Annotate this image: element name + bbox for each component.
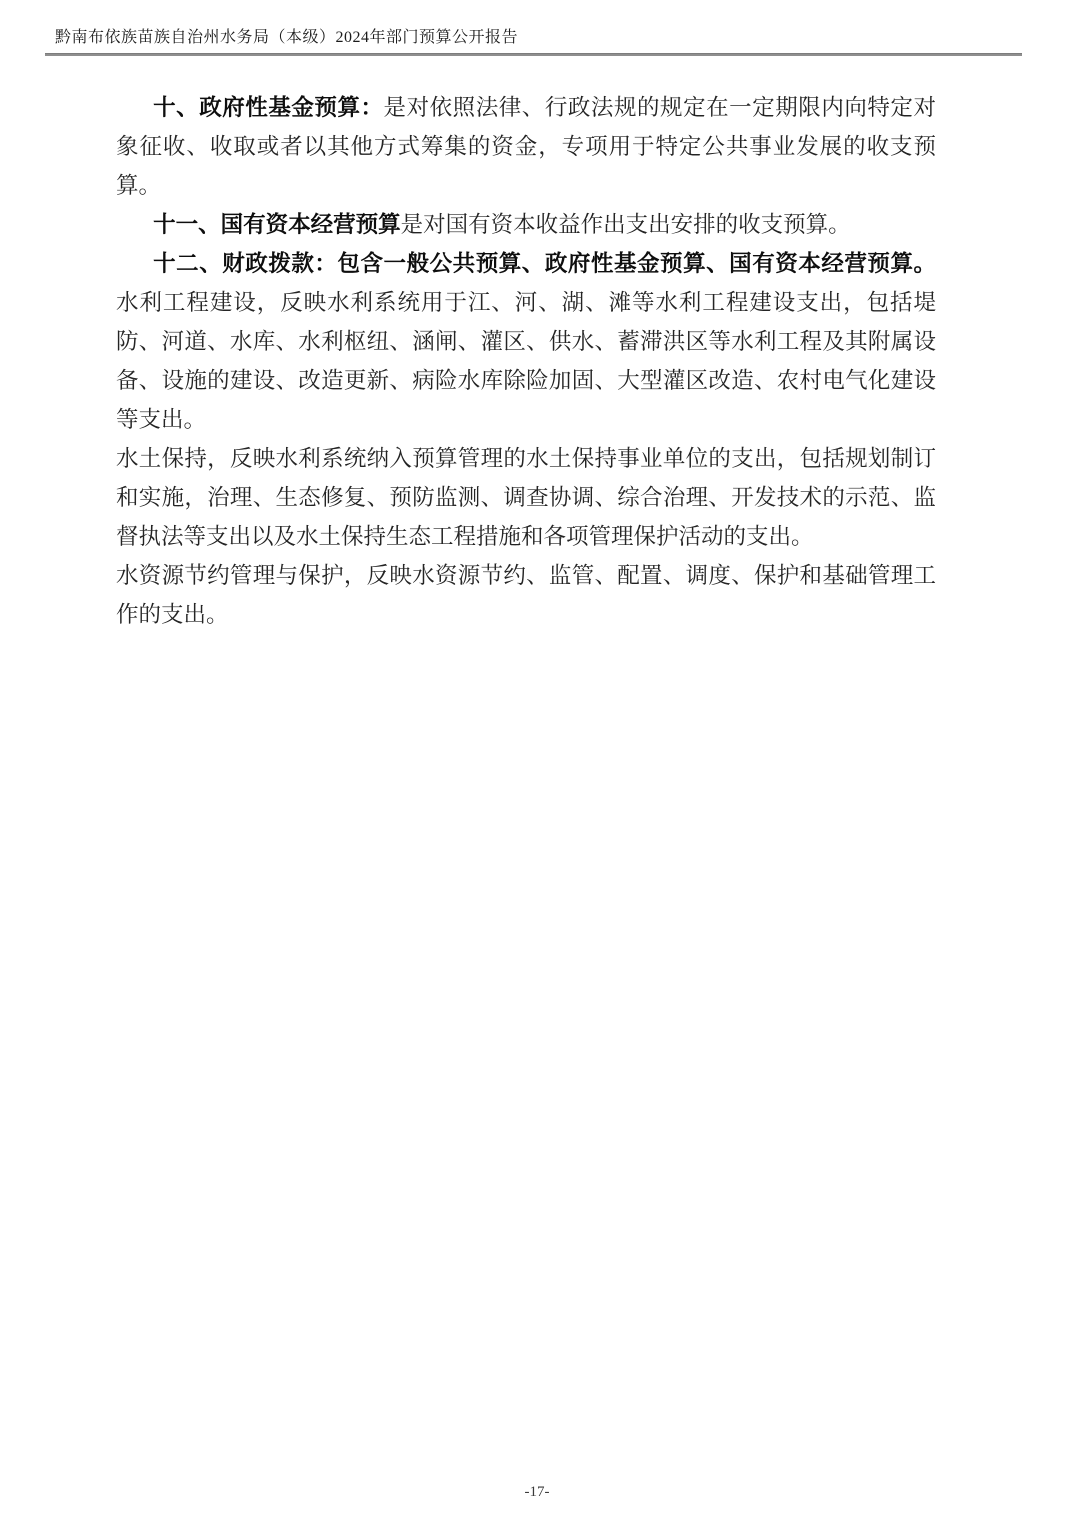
- page-footer: -17-: [0, 1484, 1074, 1501]
- page-number: -17-: [525, 1484, 550, 1500]
- paragraph-text: 水土保持，反映水利系统纳入预算管理的水土保持事业单位的支出，包括规划制订和实施，…: [116, 446, 936, 549]
- paragraph-lead-bold: 十二、财政拨款：包含一般公共预算、政府性基金预算、国有资本经营预算。: [153, 251, 936, 276]
- paragraph-lead-bold: 十、政府性基金预算：: [153, 95, 383, 120]
- paragraph-gov-fund-budget: 十、政府性基金预算：是对依照法律、行政法规的规定在一定期限内向特定对象征收、收取…: [116, 88, 936, 205]
- document-body: 十、政府性基金预算：是对依照法律、行政法规的规定在一定期限内向特定对象征收、收取…: [116, 88, 936, 634]
- paragraph-soil-water-conservation: 水土保持，反映水利系统纳入预算管理的水土保持事业单位的支出，包括规划制订和实施，…: [116, 439, 936, 556]
- page-header-title: 黔南布依族苗族自治州水务局（本级）2024年部门预算公开报告: [55, 28, 518, 48]
- paragraph-text: 水资源节约管理与保护，反映水资源节约、监管、配置、调度、保护和基础管理工作的支出…: [116, 563, 936, 627]
- header-rule: [45, 53, 1022, 56]
- paragraph-lead-bold: 十一、国有资本经营预算: [153, 212, 401, 237]
- paragraph-state-capital-budget: 十一、国有资本经营预算是对国有资本收益作出支出安排的收支预算。: [116, 205, 936, 244]
- paragraph-water-resources-protection: 水资源节约管理与保护，反映水资源节约、监管、配置、调度、保护和基础管理工作的支出…: [116, 556, 936, 634]
- paragraph-text: 水利工程建设，反映水利系统用于江、河、湖、滩等水利工程建设支出，包括堤防、河道、…: [116, 290, 936, 432]
- document-page: 黔南布依族苗族自治州水务局（本级）2024年部门预算公开报告 十、政府性基金预算…: [0, 0, 1074, 1520]
- paragraph-text: 是对国有资本收益作出支出安排的收支预算。: [401, 212, 851, 237]
- paragraph-fiscal-appropriation: 十二、财政拨款：包含一般公共预算、政府性基金预算、国有资本经营预算。水利工程建设…: [116, 244, 936, 439]
